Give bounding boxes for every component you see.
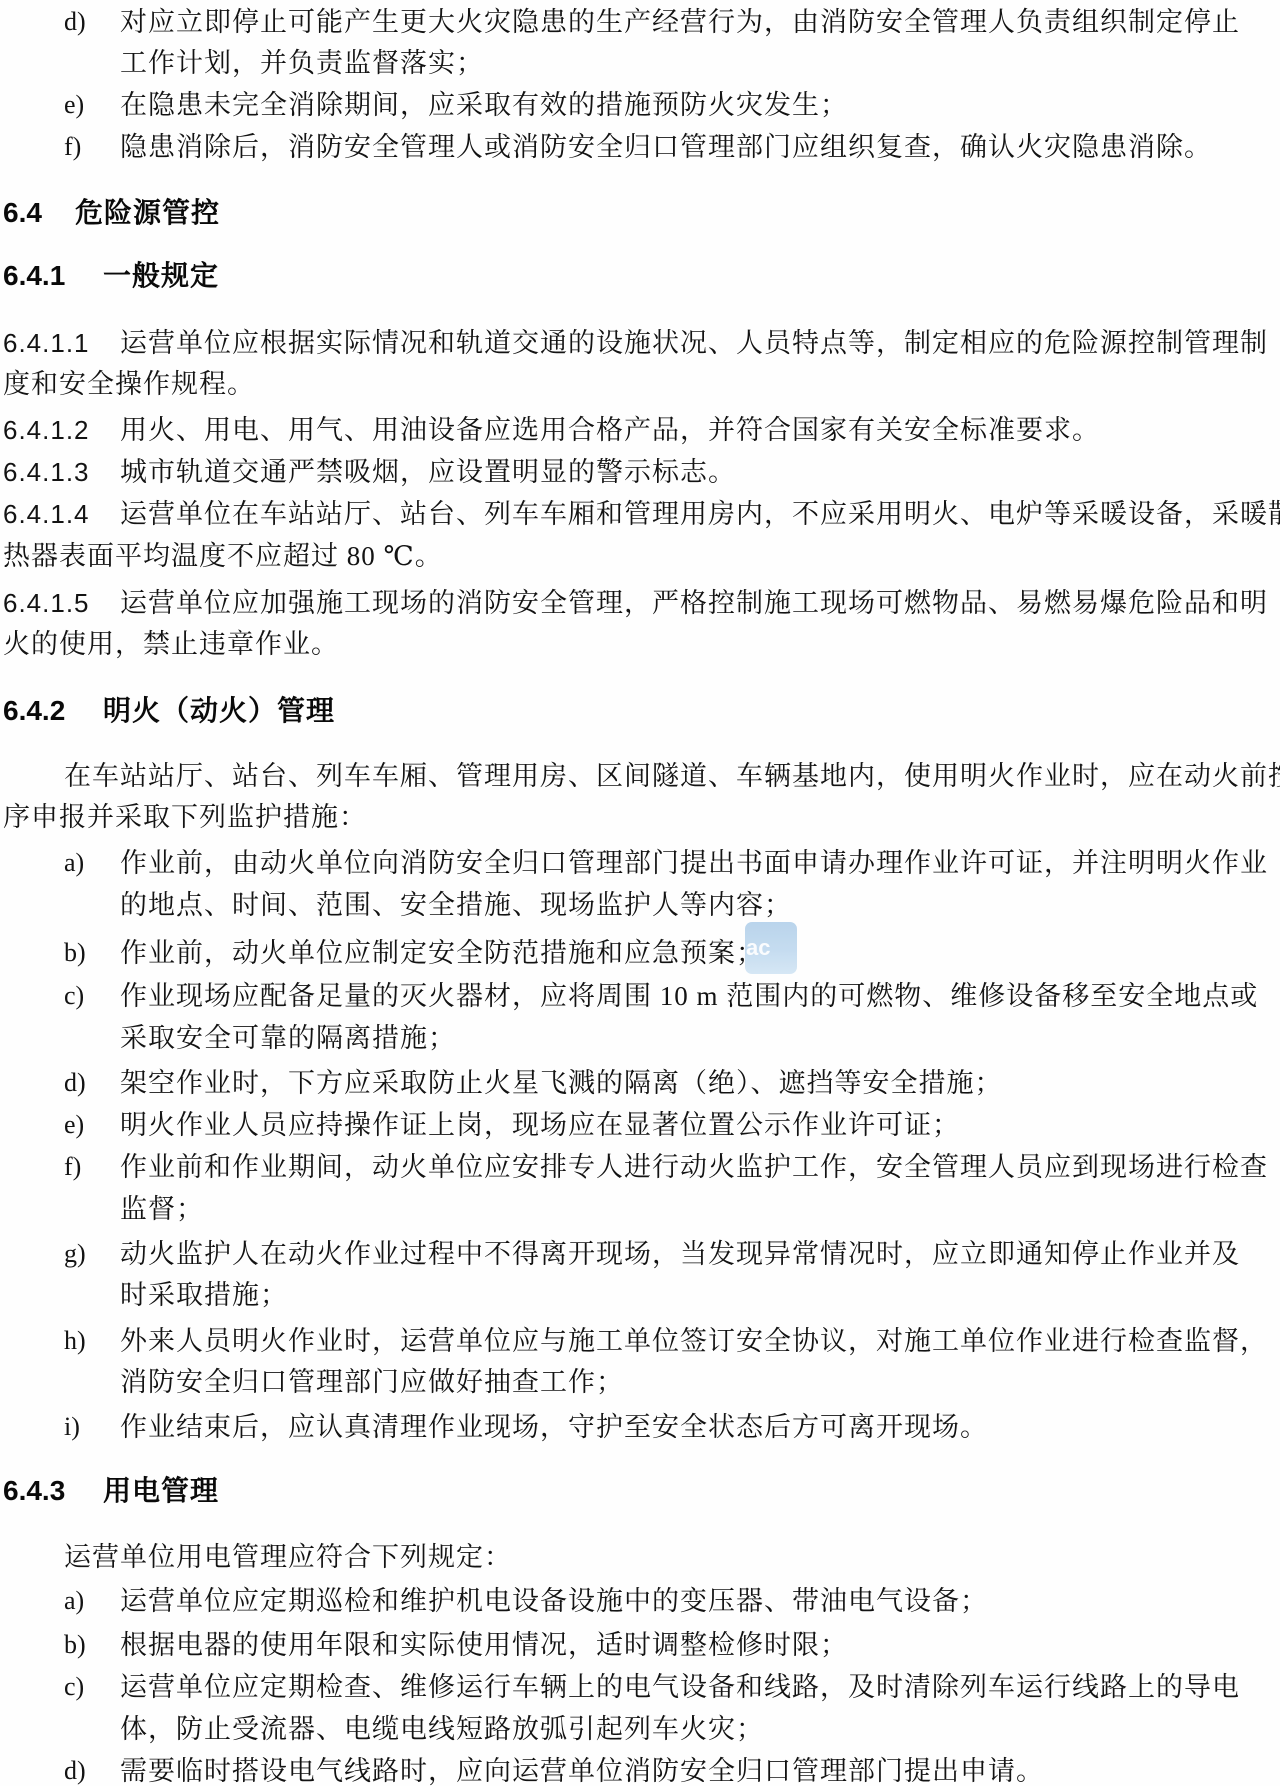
clause-text: 火的使用，禁止违章作业。: [3, 628, 339, 660]
paragraph-continuation: 序申报并采取下列监护措施：: [0, 801, 1280, 837]
list-item-continuation: 工作计划，并负责监督落实；: [0, 47, 1280, 83]
list-text: 工作计划，并负责监督落实；: [120, 47, 484, 79]
section-heading-6-4-1: 6.4.1 一般规定: [0, 259, 1280, 295]
list-item: b) 作业前，动火单位应制定安全防范措施和应急预案；: [0, 937, 1280, 973]
list-text: 作业结束后，应认真清理作业现场，守护至安全状态后方可离开现场。: [120, 1411, 988, 1443]
heading-number: 6.4.1: [3, 259, 65, 293]
list-marker: d): [64, 1067, 86, 1099]
watermark-text: ac: [746, 935, 770, 961]
list-text: 体，防止受流器、电缆电线短路放弧引起列车火灾；: [120, 1713, 764, 1745]
clause-number: 6.4.1.2: [3, 414, 90, 446]
list-item-continuation: 消防安全归口管理部门应做好抽查工作；: [0, 1366, 1280, 1402]
heading-title: 危险源管控: [75, 196, 220, 230]
clause-text: 运营单位在车站站厅、站台、列车车厢和管理用房内，不应采用明火、电炉等采暖设备，采…: [120, 498, 1280, 530]
clause: 6.4.1.4 运营单位在车站站厅、站台、列车车厢和管理用房内，不应采用明火、电…: [0, 498, 1280, 534]
list-item: b) 根据电器的使用年限和实际使用情况，适时调整检修时限；: [0, 1629, 1280, 1665]
list-marker: f): [64, 131, 81, 163]
heading-number: 6.4: [3, 196, 42, 230]
clause: 6.4.1.3 城市轨道交通严禁吸烟，应设置明显的警示标志。: [0, 456, 1280, 492]
clause-text: 运营单位应加强施工现场的消防安全管理，严格控制施工现场可燃物品、易燃易爆危险品和…: [120, 587, 1268, 619]
clause-text: 城市轨道交通严禁吸烟，应设置明显的警示标志。: [120, 456, 736, 488]
list-text: 需要临时搭设电气线路时，应向运营单位消防安全归口管理部门提出申请。: [120, 1755, 1044, 1786]
clause-text: 热器表面平均温度不应超过 80 ℃。: [3, 540, 443, 572]
list-text: 作业前和作业期间，动火单位应安排专人进行动火监护工作，安全管理人员应到现场进行检…: [120, 1151, 1268, 1183]
heading-number: 6.4.2: [3, 694, 65, 728]
list-text: 作业前，动火单位应制定安全防范措施和应急预案；: [120, 937, 764, 969]
heading-title: 用电管理: [103, 1474, 219, 1508]
list-text: 外来人员明火作业时，运营单位应与施工单位签订安全协议，对施工单位作业进行检查监督…: [120, 1325, 1268, 1357]
list-marker: c): [64, 1671, 84, 1703]
list-item: d) 需要临时搭设电气线路时，应向运营单位消防安全归口管理部门提出申请。: [0, 1755, 1280, 1786]
list-marker: c): [64, 980, 84, 1012]
list-item-continuation: 监督；: [0, 1193, 1280, 1229]
section-heading-6-4-3: 6.4.3 用电管理: [0, 1474, 1280, 1510]
list-text: 运营单位应定期巡检和维护机电设备设施中的变压器、带油电气设备；: [120, 1585, 988, 1617]
list-item: e) 明火作业人员应持操作证上岗，现场应在显著位置公示作业许可证；: [0, 1109, 1280, 1145]
list-marker: b): [64, 1629, 86, 1661]
section-heading-6-4-2: 6.4.2 明火（动火）管理: [0, 694, 1280, 730]
list-marker: a): [64, 847, 84, 879]
list-marker: h): [64, 1325, 86, 1357]
list-marker: f): [64, 1151, 81, 1183]
list-marker: i): [64, 1411, 80, 1443]
clause-text: 度和安全操作规程。: [3, 368, 255, 400]
list-item: e) 在隐患未完全消除期间，应采取有效的措施预防火灾发生；: [0, 89, 1280, 125]
clause-text: 运营单位应根据实际情况和轨道交通的设施状况、人员特点等，制定相应的危险源控制管理…: [120, 327, 1268, 359]
list-item: c) 作业现场应配备足量的灭火器材，应将周围 10 m 范围内的可燃物、维修设备…: [0, 980, 1280, 1016]
list-item: g) 动火监护人在动火作业过程中不得离开现场，当发现异常情况时，应立即通知停止作…: [0, 1238, 1280, 1274]
list-item: i) 作业结束后，应认真清理作业现场，守护至安全状态后方可离开现场。: [0, 1411, 1280, 1447]
list-text: 监督；: [120, 1193, 204, 1225]
section-heading-6-4: 6.4 危险源管控: [0, 196, 1280, 232]
clause: 6.4.1.2 用火、用电、用气、用油设备应选用合格产品，并符合国家有关安全标准…: [0, 414, 1280, 450]
list-marker: d): [64, 6, 86, 38]
list-text: 对应立即停止可能产生更大火灾隐患的生产经营行为，由消防安全管理人负责组织制定停止: [120, 6, 1240, 38]
paragraph-text: 序申报并采取下列监护措施：: [3, 801, 367, 833]
list-item: c) 运营单位应定期检查、维修运行车辆上的电气设备和线路，及时清除列车运行线路上…: [0, 1671, 1280, 1707]
list-text: 根据电器的使用年限和实际使用情况，适时调整检修时限；: [120, 1629, 848, 1661]
list-item: f) 隐患消除后，消防安全管理人或消防安全归口管理部门应组织复查，确认火灾隐患消…: [0, 131, 1280, 167]
list-item-continuation: 的地点、时间、范围、安全措施、现场监护人等内容；: [0, 889, 1280, 925]
list-text: 动火监护人在动火作业过程中不得离开现场，当发现异常情况时，应立即通知停止作业并及: [120, 1238, 1240, 1270]
heading-title: 一般规定: [103, 259, 219, 293]
list-marker: d): [64, 1755, 86, 1786]
list-text: 隐患消除后，消防安全管理人或消防安全归口管理部门应组织复查，确认火灾隐患消除。: [120, 131, 1212, 163]
list-text: 架空作业时，下方应采取防止火星飞溅的隔离（绝）、遮挡等安全措施；: [120, 1067, 1003, 1099]
list-text: 明火作业人员应持操作证上岗，现场应在显著位置公示作业许可证；: [120, 1109, 960, 1141]
list-item-continuation: 时采取措施；: [0, 1279, 1280, 1315]
clause: 6.4.1.5 运营单位应加强施工现场的消防安全管理，严格控制施工现场可燃物品、…: [0, 587, 1280, 623]
list-text: 运营单位应定期检查、维修运行车辆上的电气设备和线路，及时清除列车运行线路上的导电: [120, 1671, 1240, 1703]
paragraph-text: 在车站站厅、站台、列车车厢、管理用房、区间隧道、车辆基地内，使用明火作业时，应在…: [64, 760, 1280, 792]
paragraph-text: 运营单位用电管理应符合下列规定：: [64, 1541, 512, 1573]
list-item: h) 外来人员明火作业时，运营单位应与施工单位签订安全协议，对施工单位作业进行检…: [0, 1325, 1280, 1361]
clause-number: 6.4.1.5: [3, 587, 90, 619]
list-item-continuation: 体，防止受流器、电缆电线短路放弧引起列车火灾；: [0, 1713, 1280, 1749]
clause-continuation: 火的使用，禁止违章作业。: [0, 628, 1280, 664]
list-item: f) 作业前和作业期间，动火单位应安排专人进行动火监护工作，安全管理人员应到现场…: [0, 1151, 1280, 1187]
list-item: a) 作业前，由动火单位向消防安全归口管理部门提出书面申请办理作业许可证，并注明…: [0, 847, 1280, 883]
clause-text: 用火、用电、用气、用油设备应选用合格产品，并符合国家有关安全标准要求。: [120, 414, 1100, 446]
list-marker: e): [64, 89, 84, 121]
list-text: 消防安全归口管理部门应做好抽查工作；: [120, 1366, 624, 1398]
heading-number: 6.4.3: [3, 1474, 65, 1508]
list-marker: b): [64, 937, 86, 969]
list-item: d) 架空作业时，下方应采取防止火星飞溅的隔离（绝）、遮挡等安全措施；: [0, 1067, 1280, 1103]
list-text: 作业前，由动火单位向消防安全归口管理部门提出书面申请办理作业许可证，并注明明火作…: [120, 847, 1268, 879]
list-marker: a): [64, 1585, 84, 1617]
document-page: d) 对应立即停止可能产生更大火灾隐患的生产经营行为，由消防安全管理人负责组织制…: [0, 0, 1280, 1786]
list-text: 的地点、时间、范围、安全措施、现场监护人等内容；: [120, 889, 792, 921]
heading-title: 明火（动火）管理: [103, 694, 335, 728]
list-item: a) 运营单位应定期巡检和维护机电设备设施中的变压器、带油电气设备；: [0, 1585, 1280, 1621]
list-marker: g): [64, 1238, 86, 1270]
paragraph: 运营单位用电管理应符合下列规定：: [0, 1541, 1280, 1577]
watermark-badge: ac: [745, 922, 797, 974]
clause-continuation: 度和安全操作规程。: [0, 368, 1280, 404]
list-text: 采取安全可靠的隔离措施；: [120, 1022, 456, 1054]
list-text: 作业现场应配备足量的灭火器材，应将周围 10 m 范围内的可燃物、维修设备移至安…: [120, 980, 1258, 1012]
clause-number: 6.4.1.1: [3, 327, 90, 359]
list-text: 时采取措施；: [120, 1279, 288, 1311]
list-marker: e): [64, 1109, 84, 1141]
list-text: 在隐患未完全消除期间，应采取有效的措施预防火灾发生；: [120, 89, 848, 121]
clause: 6.4.1.1 运营单位应根据实际情况和轨道交通的设施状况、人员特点等，制定相应…: [0, 327, 1280, 363]
clause-number: 6.4.1.4: [3, 498, 90, 530]
clause-number: 6.4.1.3: [3, 456, 90, 488]
paragraph: 在车站站厅、站台、列车车厢、管理用房、区间隧道、车辆基地内，使用明火作业时，应在…: [0, 760, 1280, 796]
list-item: d) 对应立即停止可能产生更大火灾隐患的生产经营行为，由消防安全管理人负责组织制…: [0, 6, 1280, 42]
list-item-continuation: 采取安全可靠的隔离措施；: [0, 1022, 1280, 1058]
clause-continuation: 热器表面平均温度不应超过 80 ℃。: [0, 540, 1280, 576]
